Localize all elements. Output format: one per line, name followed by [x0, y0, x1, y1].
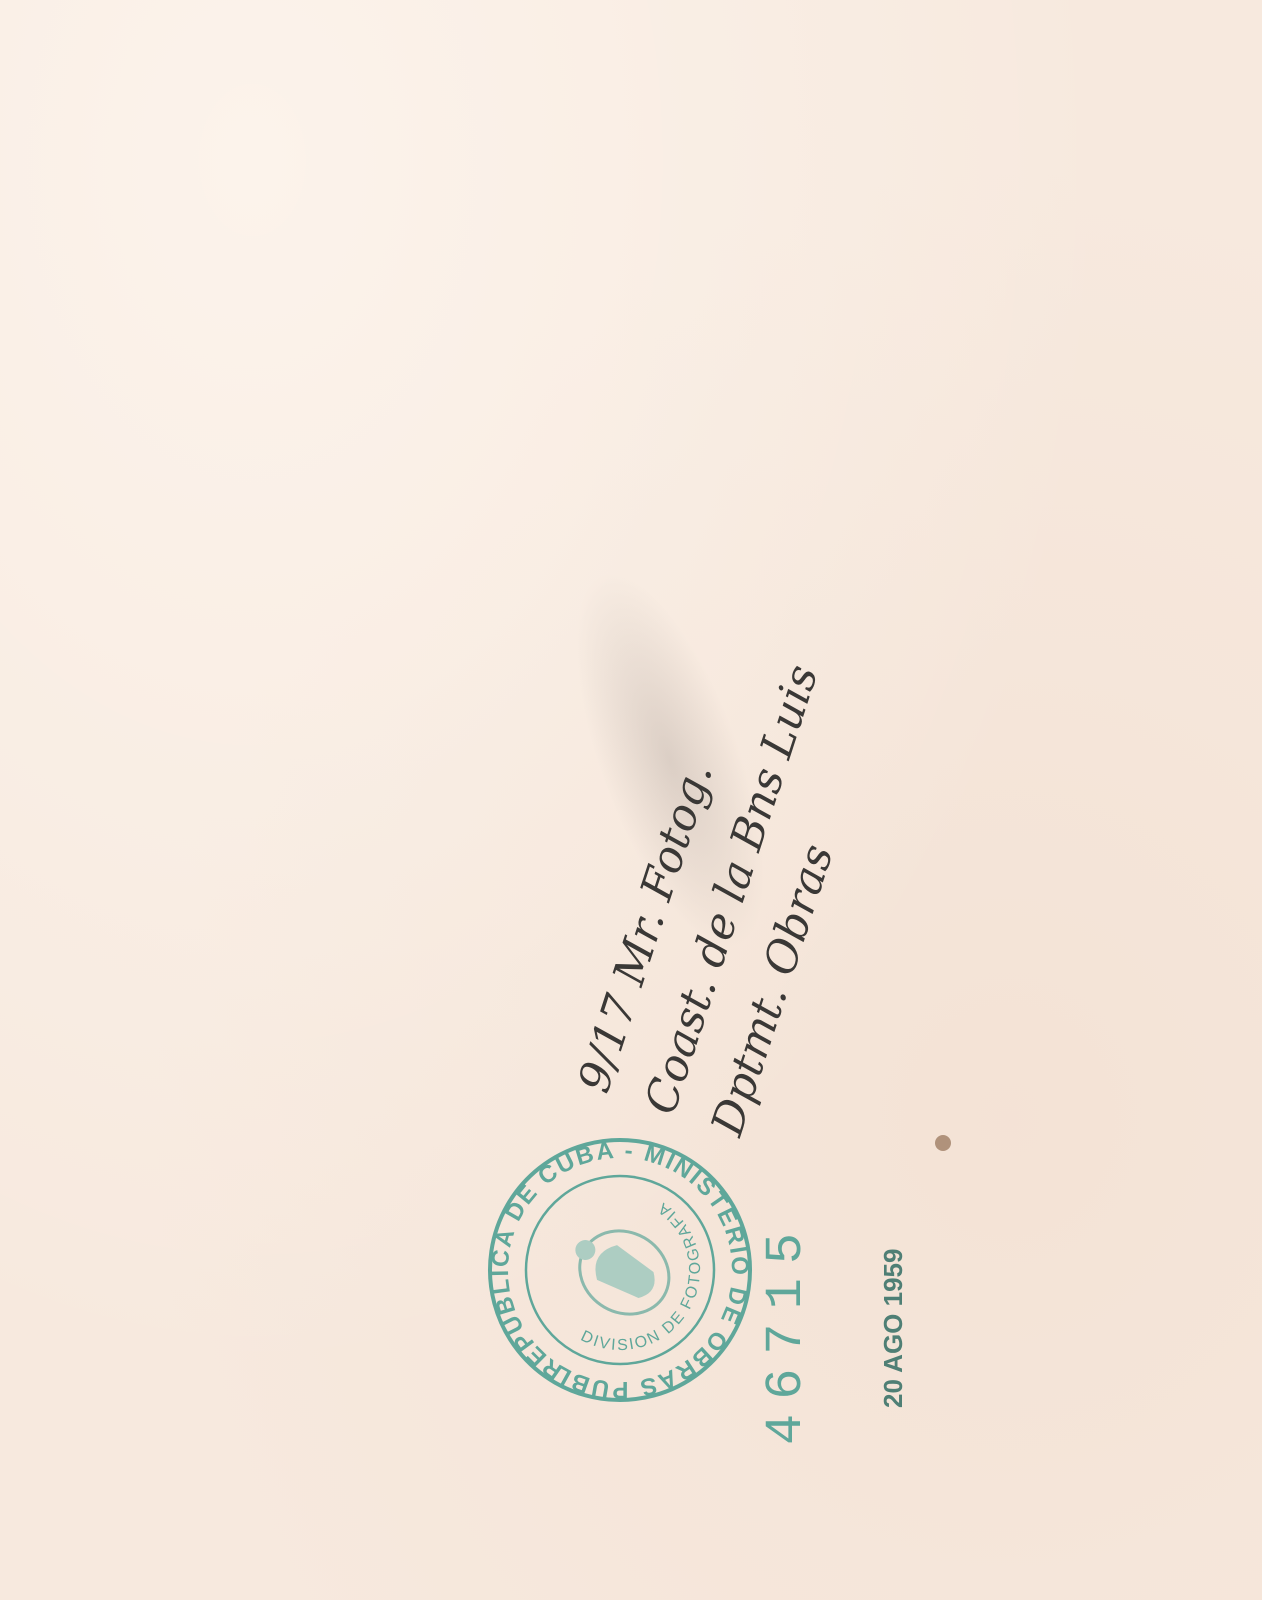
date-text: 20 AGO 1959: [878, 1249, 908, 1408]
file-number: 46715: [757, 1219, 816, 1445]
file-number-stamp: 46715: [730, 1190, 850, 1450]
ministry-seal: REPUBLICA DE CUBA - MINISTERIO DE OBRAS …: [485, 1135, 755, 1405]
date-stamp: 20 AGO 1959: [860, 1220, 920, 1410]
coat-of-arms-icon: [557, 1210, 684, 1330]
